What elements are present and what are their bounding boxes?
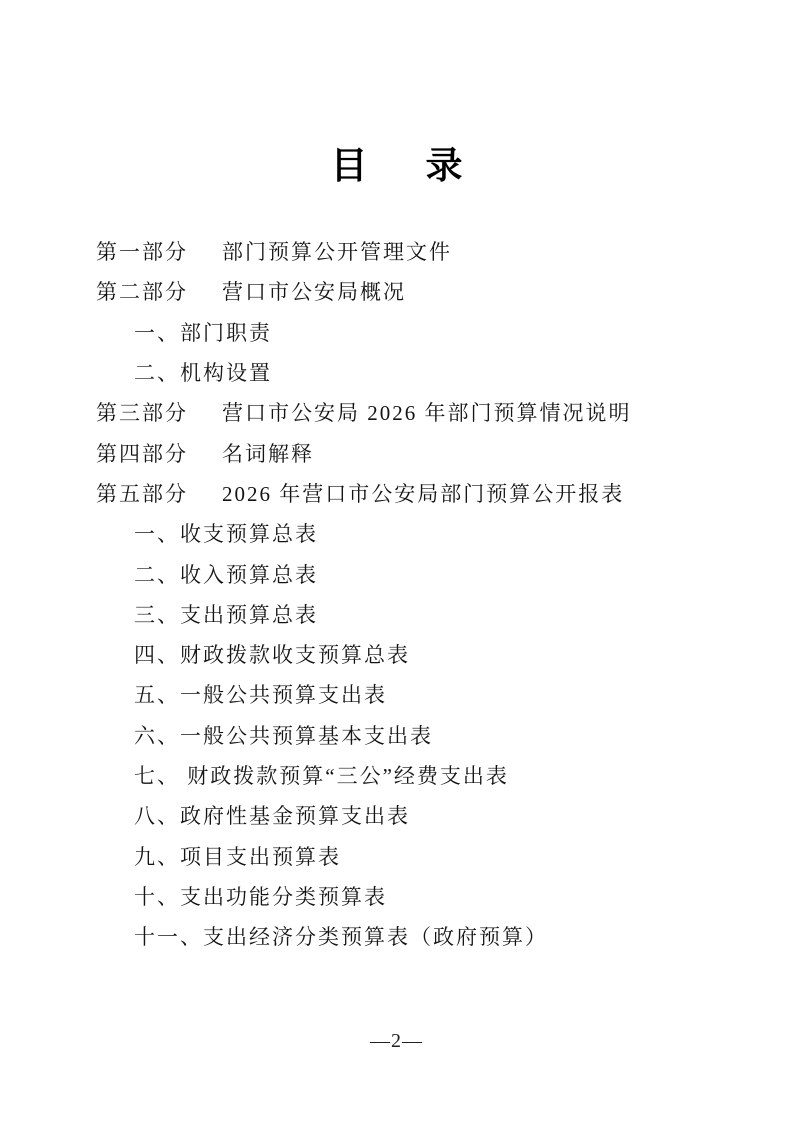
toc-item-row: 九、项目支出预算表: [96, 835, 757, 875]
toc-item-text: 四、财政拨款收支预算总表: [134, 639, 410, 669]
toc-item-text: 九、项目支出预算表: [134, 841, 341, 871]
toc-item-row: 一、收支预算总表: [96, 513, 757, 553]
toc-item-text: 六、一般公共预算基本支出表: [134, 720, 433, 750]
toc-item-row: 三、支出预算总表: [96, 594, 757, 634]
toc-item-row: 四、财政拨款收支预算总表: [96, 634, 757, 674]
toc-section-row: 第一部分部门预算公开管理文件: [96, 231, 757, 271]
toc-item-text: 七、 财政拨款预算“三公”经费支出表: [134, 760, 509, 790]
toc-item-text: 一、收支预算总表: [134, 518, 318, 548]
toc-item-text: 十、支出功能分类预算表: [134, 881, 387, 911]
toc-item-text: 八、政府性基金预算支出表: [134, 800, 410, 830]
toc-list: 第一部分部门预算公开管理文件第二部分营口市公安局概况一、部门职责二、机构设置第三…: [96, 231, 757, 956]
toc-item-text: 五、一般公共预算支出表: [134, 679, 387, 709]
toc-item-text: 二、机构设置: [134, 357, 272, 387]
toc-section-label: 第五部分: [96, 478, 196, 508]
toc-item-row: 二、机构设置: [96, 352, 757, 392]
toc-section-title: 营口市公安局概况: [222, 276, 406, 306]
toc-item-text: 三、支出预算总表: [134, 599, 318, 629]
toc-section-row: 第二部分营口市公安局概况: [96, 271, 757, 311]
toc-item-row: 一、部门职责: [96, 312, 757, 352]
toc-section-label: 第一部分: [96, 236, 196, 266]
toc-item-row: 七、 财政拨款预算“三公”经费支出表: [96, 755, 757, 795]
toc-section-row: 第四部分名词解释: [96, 432, 757, 472]
title-char-first: 目: [331, 146, 368, 187]
toc-section-row: 第三部分营口市公安局 2026 年部门预算情况说明: [96, 392, 757, 432]
toc-item-row: 十一、支出经济分类预算表（政府预算）: [96, 916, 757, 956]
toc-item-row: 八、政府性基金预算支出表: [96, 795, 757, 835]
toc-section-label: 第三部分: [96, 397, 196, 427]
toc-item-text: 十一、支出经济分类预算表（政府预算）: [134, 921, 548, 951]
toc-item-text: 一、部门职责: [134, 317, 272, 347]
toc-item-row: 五、一般公共预算支出表: [96, 674, 757, 714]
toc-section-title: 名词解释: [222, 438, 314, 468]
toc-section-title: 2026 年营口市公安局部门预算公开报表: [222, 478, 624, 508]
page-title: 目 录: [0, 146, 793, 187]
toc-section-title: 营口市公安局 2026 年部门预算情况说明: [222, 397, 632, 427]
page-number: —2—: [0, 1030, 793, 1053]
toc-section-title: 部门预算公开管理文件: [222, 236, 452, 266]
toc-section-label: 第二部分: [96, 276, 196, 306]
toc-section-row: 第五部分2026 年营口市公安局部门预算公开报表: [96, 473, 757, 513]
toc-item-text: 二、收入预算总表: [134, 559, 318, 589]
document-page: 目 录 第一部分部门预算公开管理文件第二部分营口市公安局概况一、部门职责二、机构…: [0, 0, 793, 1122]
title-char-second: 录: [426, 146, 463, 187]
toc-section-label: 第四部分: [96, 438, 196, 468]
toc-item-row: 六、一般公共预算基本支出表: [96, 715, 757, 755]
toc-item-row: 二、收入预算总表: [96, 553, 757, 593]
toc-item-row: 十、支出功能分类预算表: [96, 876, 757, 916]
